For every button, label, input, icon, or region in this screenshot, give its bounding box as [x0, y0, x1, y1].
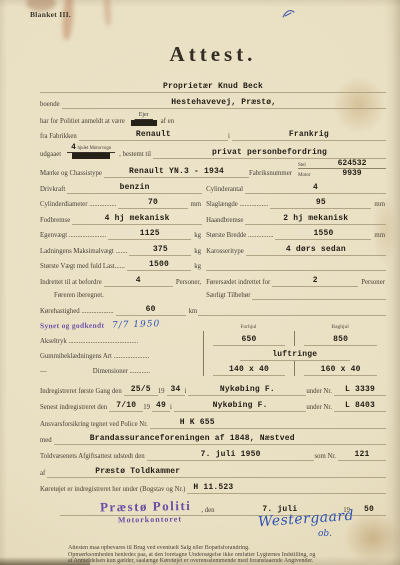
residence-value: Hestehavevej, Præstø,: [62, 98, 386, 109]
tyre-label: Gummibeklædningens Art .................…: [40, 353, 203, 361]
tyre-cell: luftringe: [203, 346, 386, 361]
driver-note-row: Føreren iberegnet. Særligt Tilbehør: [40, 287, 386, 300]
speed-value: 60: [116, 305, 186, 316]
wheel-type: 4 hjulet Motorvogn: [67, 144, 115, 153]
rear-wheel-header: Baghjul: [294, 324, 386, 331]
width-unit: mm: [371, 232, 386, 240]
motor-office-stamp: Motorkontoret: [118, 515, 182, 525]
make-label: Mærke og Chassistype: [40, 170, 104, 178]
front-seat-label: Førersædet indrettet for: [206, 279, 272, 287]
gross-unit: kg: [191, 263, 202, 271]
axle-label: Akseltryk ..............................…: [40, 338, 203, 346]
fuel-half: Drivkraft benzin: [40, 183, 206, 194]
signature-note: ob.: [318, 529, 332, 539]
latest-reg-no-label: under Nr.: [306, 404, 334, 412]
insurer-value: Brandassuranceforeningen af 1848, Næstve…: [54, 434, 386, 445]
make-value: Renault YN.3 - 1934: [104, 167, 249, 178]
blank-line: [206, 269, 386, 271]
footbrake-value: 4 hj mekanisk: [72, 214, 202, 225]
width-value: 1550: [275, 229, 371, 240]
inspection-stamp-area: Synet og godkendt 7/7 1950: [40, 320, 203, 331]
insurance-label: Ansvarsforsikring tegnet ved Police Nr.: [40, 421, 150, 429]
issued-label: udgaaet: [40, 151, 63, 159]
customs-no-label: som Nr.: [314, 453, 338, 461]
speed-label: Kørehastighed ...................: [40, 308, 116, 316]
dim-front: 140 x 40: [213, 365, 286, 376]
curb-value: 1125: [108, 229, 191, 240]
empty-half: [206, 269, 386, 271]
declaration-label: har for Politiet anmeldt at være: [40, 118, 127, 126]
accessories-half: Særligt Tilbehør: [206, 292, 386, 300]
by-label: af: [40, 470, 47, 478]
make-row: Mærke og Chassistype Renault YN.3 - 1934…: [40, 159, 386, 178]
cylinders-value: 4: [245, 183, 386, 194]
handbrake-value: 2 hj mekanisk: [245, 214, 386, 225]
residence-label: boende: [40, 101, 62, 109]
stroke-half: Slaglængde ................. 95 mm: [206, 198, 386, 209]
type-row: udgaaet 4 hjulet Motorvogn XXXXXXX , bes…: [40, 141, 386, 159]
cylinders-half: Cylinderantal 4: [206, 183, 386, 194]
declaration-row: har for Politiet anmeldt at være Ejer Br…: [40, 109, 386, 126]
serial-numbers: Stel 624532 Motor 9939: [298, 159, 386, 178]
latest-reg-year: 49: [152, 401, 170, 412]
chassis-label: Stel: [298, 163, 318, 168]
load-label: Ladningens Maksimalvægt .......: [40, 248, 129, 256]
dimensions-row: —Dimensioner ............ 140 x 40 160 x…: [40, 361, 386, 376]
wheel-count: 4: [71, 143, 76, 152]
first-reg-label: Indregistreret første Gang den: [40, 388, 124, 396]
gross-weight-row: Største Vægt med fuld Last...... 1500 kg: [40, 256, 386, 272]
accessories-blank: [252, 298, 386, 300]
axle-rear-cell: 850: [294, 331, 386, 346]
footbrake-label: Fodbremse: [40, 217, 72, 225]
handbrake-half: Haandbremse 2 hj mekanisk: [206, 214, 386, 225]
width-half: Største Bredde ............... 1550 mm: [206, 229, 386, 240]
latest-reg-label: Senest indregistreret den: [40, 404, 109, 412]
stroke-label: Slaglængde .................: [206, 201, 270, 209]
front-wheel-header: Forhjul: [203, 324, 295, 331]
insurer-row: med Brandassuranceforeningen af 1848, Næ…: [40, 429, 386, 445]
first-registration-row: Indregistreret første Gang den 25/5 19 3…: [40, 380, 386, 396]
speed-unit: km: [186, 308, 199, 316]
insurance-blank: [300, 427, 386, 429]
latest-reg-no: L 8403: [334, 401, 386, 412]
driver-note: Føreren iberegnet.: [40, 292, 106, 300]
load-unit: kg: [191, 248, 202, 256]
bore-row: Cylinderdiameter ................ 70 mm …: [40, 194, 386, 210]
cylinders-label: Cylinderantal: [206, 186, 245, 194]
type-struck: XXXXXXX: [72, 153, 110, 159]
dim-rear: 160 x 40: [304, 365, 377, 376]
dimensions-label: Dimensioner ............: [93, 368, 150, 375]
bore-half: Cylinderdiameter ................ 70 mm: [40, 198, 206, 209]
first-reg-no-label: under Nr.: [306, 388, 334, 396]
customs-office-row: af Præstø Toldkammer: [40, 461, 386, 477]
first-reg-place: Nykøbing F.: [188, 385, 306, 396]
fuel-label: Drivkraft: [40, 186, 67, 194]
body-half: Karosseritype 4 dørs sedan: [206, 245, 386, 256]
registration-section: Indregistreret første Gang den 25/5 19 3…: [40, 380, 386, 495]
front-seat-value: 2: [272, 276, 358, 287]
axle-row: Akseltryk ..............................…: [40, 331, 386, 346]
fuel-row: Drivkraft benzin Cylinderantal 4: [40, 178, 386, 194]
axle-rear: 850: [304, 335, 377, 346]
width-label: Største Bredde ...............: [206, 232, 275, 240]
footer-section: Præstø Politi , den 7. juli 19 50 Motork…: [40, 497, 386, 541]
fine-print: Attesten maa opbevares til Brug ved even…: [68, 545, 388, 565]
wheel-text: hjulet Motorvogn: [77, 146, 111, 151]
reg-no-blank: [303, 492, 386, 494]
bore-label: Cylinderdiameter ................: [40, 201, 118, 209]
reg-no: H 11.523: [187, 483, 303, 494]
bore-value: 70: [118, 198, 187, 209]
factory-row: fra Fabrikken Renault i Frankrig: [40, 126, 386, 141]
curb-unit: kg: [191, 232, 202, 240]
axle-front: 650: [213, 335, 286, 346]
brakes-row: Fodbremse 4 hj mekanisk Haandbremse 2 hj…: [40, 209, 386, 225]
inspection-header-row: Synet og godkendt 7/7 1950 Forhjul Baghj…: [40, 316, 386, 331]
load-half: Ladningens Maksimalvægt ....... 375 kg: [40, 245, 206, 256]
owner-name: Proprietær Knud Beck: [40, 82, 386, 93]
role-ejer: Ejer: [135, 112, 153, 120]
residence-row: boende Hestehavevej, Præstø,: [40, 93, 386, 109]
gross-value: 1500: [127, 260, 191, 271]
insurance-no: H K 655: [150, 418, 300, 429]
customs-label: Toldvæsenets Afgiftsattest udstedt den: [40, 453, 147, 461]
driver-note-half: Føreren iberegnet.: [40, 292, 206, 300]
tyre-value: luftringe: [240, 350, 349, 361]
front-seat-half: Førersædet indrettet for 2 Personer: [206, 276, 386, 287]
owner-name-row: Proprietær Knud Beck: [40, 76, 386, 93]
factory-label: fra Fabrikken: [40, 133, 79, 141]
latest-reg-place: Nykøbing F.: [174, 401, 306, 412]
axle-front-cell: 650: [203, 331, 295, 346]
document-title: Attest.: [40, 42, 386, 67]
reg-label: Køretøjet er indregistreret her under (B…: [40, 486, 187, 494]
gross-half: Største Vægt med fuld Last...... 1500 kg: [40, 260, 206, 271]
front-seat-unit: Personer: [358, 279, 386, 287]
curb-label: Egenvægt ......................: [40, 232, 108, 240]
passengers-half: Indrettet til at befordre 4 Personer,: [40, 276, 206, 287]
load-row: Ladningens Maksimalvægt ....... 375 kg K…: [40, 240, 386, 256]
engine-number-row: Motor 9939: [298, 169, 386, 178]
owner-role-fraction: Ejer Bruger: [131, 112, 157, 126]
latest-registration-row: Senest indregistreret den 7/10 19 49 i N…: [40, 396, 386, 412]
factory-value: Renault: [79, 130, 228, 141]
passengers-unit: Personer,: [173, 279, 202, 287]
stroke-unit: mm: [371, 201, 386, 209]
insurance-row: Ansvarsforsikring tegnet ved Police Nr. …: [40, 412, 386, 428]
purpose-label: , bestemt til: [119, 151, 153, 159]
body-value: 4 dørs sedan: [246, 245, 386, 256]
passengers-label: Indrettet til at befordre: [40, 279, 104, 287]
gross-label: Største Vægt med fuld Last......: [40, 263, 127, 271]
speed-row: Kørehastighed ................... 60 km: [40, 300, 386, 316]
dim-front-cell: 140 x 40: [203, 361, 295, 376]
fuel-value: benzin: [67, 183, 202, 194]
customs-row: Toldvæsenets Afgiftsattest udstedt den 7…: [40, 445, 386, 461]
chassis-number: 624532: [318, 159, 386, 168]
vehicle-type-fraction: 4 hjulet Motorvogn XXXXXXX: [67, 144, 115, 159]
first-reg-no: L 3339: [334, 385, 386, 396]
approval-date-handwritten: 7/7 1950: [104, 318, 167, 331]
footbrake-half: Fodbremse 4 hj mekanisk: [40, 214, 206, 225]
latest-reg-date: 7/10: [109, 401, 143, 412]
tyre-row: Gummibeklædningens Art .................…: [40, 346, 386, 361]
stroke-value: 95: [270, 198, 371, 209]
customs-office: Præstø Toldkammer: [47, 467, 315, 478]
engine-label: Motor: [298, 173, 318, 178]
customs-date: 7. juli 1950: [147, 450, 315, 461]
dim-dash: —: [40, 368, 47, 375]
footer-year: 50: [352, 505, 386, 515]
dimensions-label-group: —Dimensioner ............: [40, 368, 203, 376]
registration-number-row: Køretøjet er indregistreret her under (B…: [40, 478, 386, 494]
passengers-row: Indrettet til at befordre 4 Personer, Fø…: [40, 271, 386, 287]
first-reg-date: 25/5: [124, 385, 158, 396]
accessories-label: Særligt Tilbehør: [206, 292, 252, 300]
load-value: 375: [129, 245, 191, 256]
country-value: Frankrig: [232, 130, 386, 141]
with-label: med: [40, 437, 54, 445]
attest-form: Attest. Proprietær Knud Beck boende Hest…: [0, 0, 400, 565]
customs-office-blank: [315, 476, 386, 478]
first-reg-year: 34: [167, 385, 185, 396]
approved-stamp: Synet og godkendt: [40, 320, 104, 331]
engine-number: 9939: [318, 169, 386, 178]
passengers-value: 4: [104, 276, 173, 287]
handbrake-label: Haandbremse: [206, 217, 245, 225]
declaration-tail: af en: [161, 118, 176, 126]
chassis-number-row: Stel 624532: [298, 159, 386, 169]
body-label: Karosseritype: [206, 248, 246, 256]
bore-unit: mm: [188, 201, 203, 209]
role-bruger-struck: Bruger: [131, 120, 157, 126]
purpose-value: privat personbefordring: [153, 148, 386, 159]
speed-blank: [198, 314, 386, 316]
latest-reg-century: 19: [143, 404, 152, 412]
dim-rear-cell: 160 x 40: [294, 361, 386, 376]
serial-label: Fabriksnummer: [249, 170, 294, 178]
first-reg-century: 19: [158, 388, 167, 396]
curb-half: Egenvægt ...................... 1125 kg: [40, 229, 206, 240]
customs-no: 121: [338, 450, 386, 461]
footer-date-label: , den: [201, 507, 216, 515]
curb-weight-row: Egenvægt ...................... 1125 kg …: [40, 225, 386, 241]
